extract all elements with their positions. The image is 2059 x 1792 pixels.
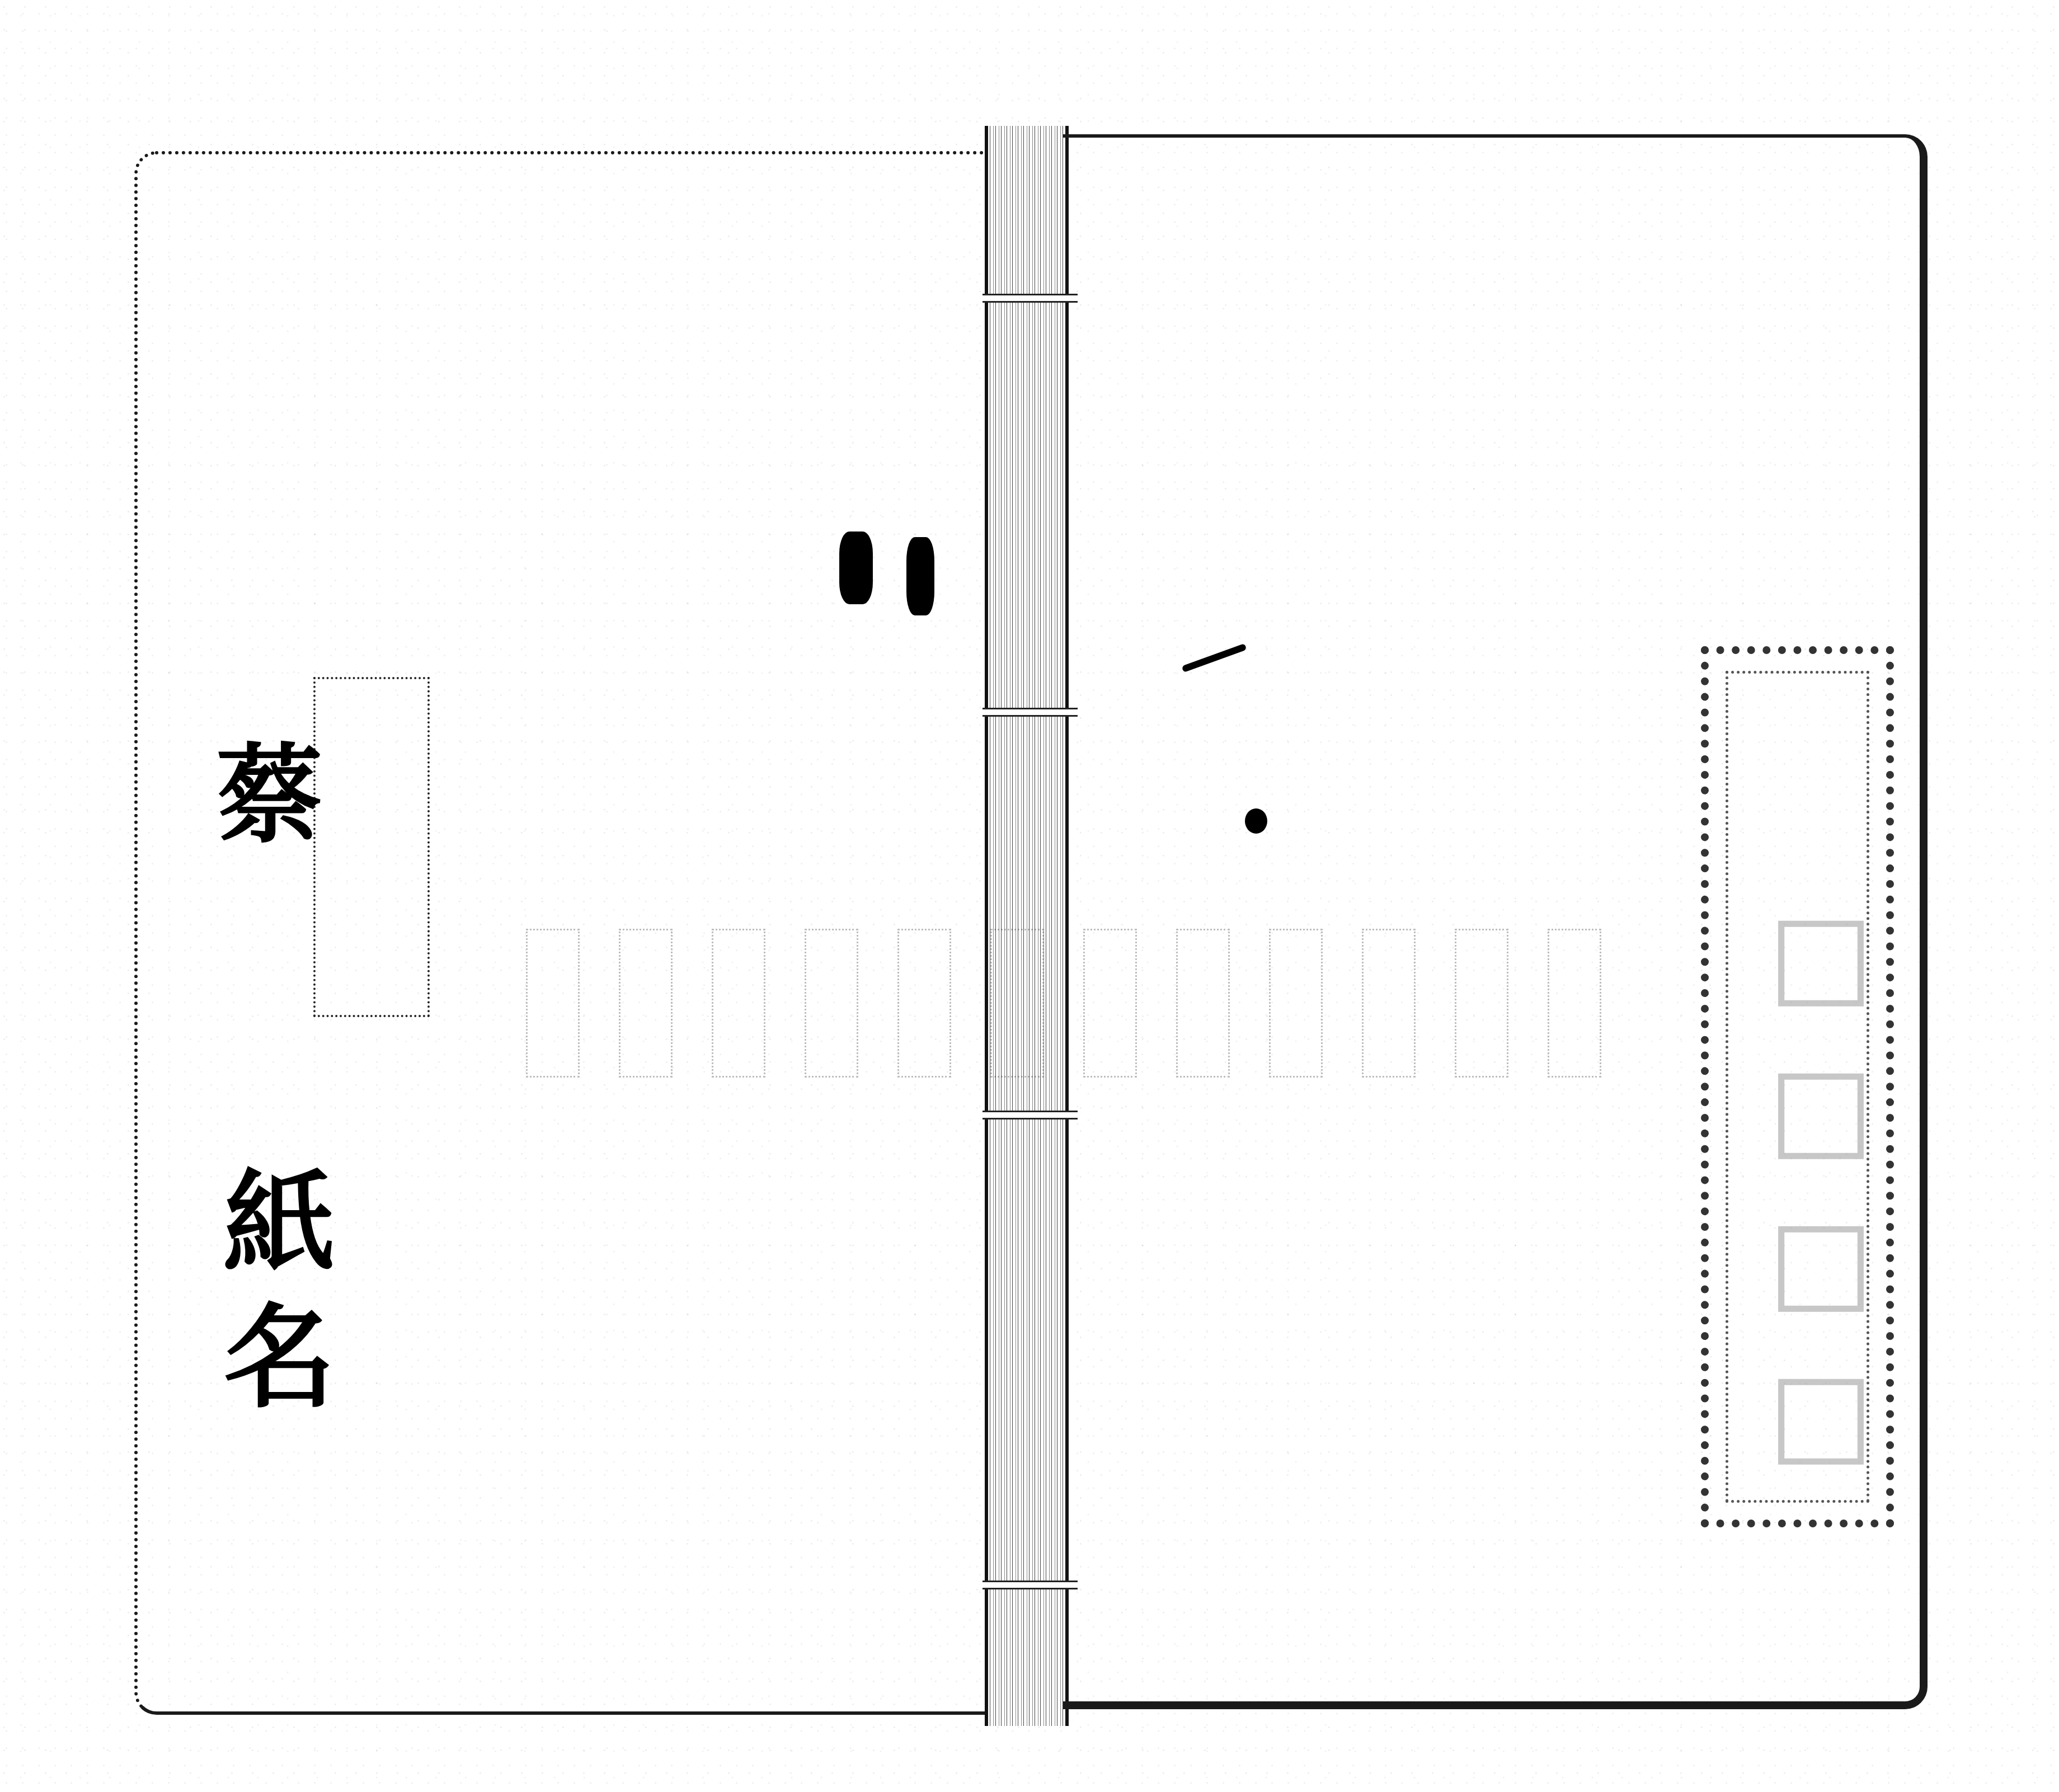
bleed-through-text xyxy=(526,929,1645,1097)
ghost-character xyxy=(1362,929,1416,1078)
ghost-character xyxy=(990,929,1044,1078)
title-label-slip: □□□□ xyxy=(1701,646,1894,1527)
ghost-character xyxy=(712,929,765,1078)
ghost-character xyxy=(805,929,858,1078)
ink-smudge xyxy=(839,532,873,604)
handwritten-characters-bottom: 紙名 xyxy=(190,1164,351,1432)
scanned-book-spread: 蔡 紙名 □□□□ xyxy=(0,0,2059,1792)
ghost-character xyxy=(1176,929,1230,1078)
ghost-character xyxy=(1548,929,1601,1078)
title-label-text: □□□□ xyxy=(1709,889,1886,1500)
ghost-character xyxy=(526,929,580,1078)
ink-spot xyxy=(1245,808,1267,834)
ghost-character xyxy=(1083,929,1137,1078)
book-spine xyxy=(985,126,1069,1726)
ghost-character xyxy=(1455,929,1508,1078)
ghost-character xyxy=(897,929,951,1078)
ghost-character xyxy=(1269,929,1323,1078)
ink-smudge xyxy=(906,537,934,615)
ghost-character xyxy=(619,929,673,1078)
faded-stamp-mark xyxy=(313,677,430,1017)
handwritten-character-top: 蔡 xyxy=(185,739,337,845)
